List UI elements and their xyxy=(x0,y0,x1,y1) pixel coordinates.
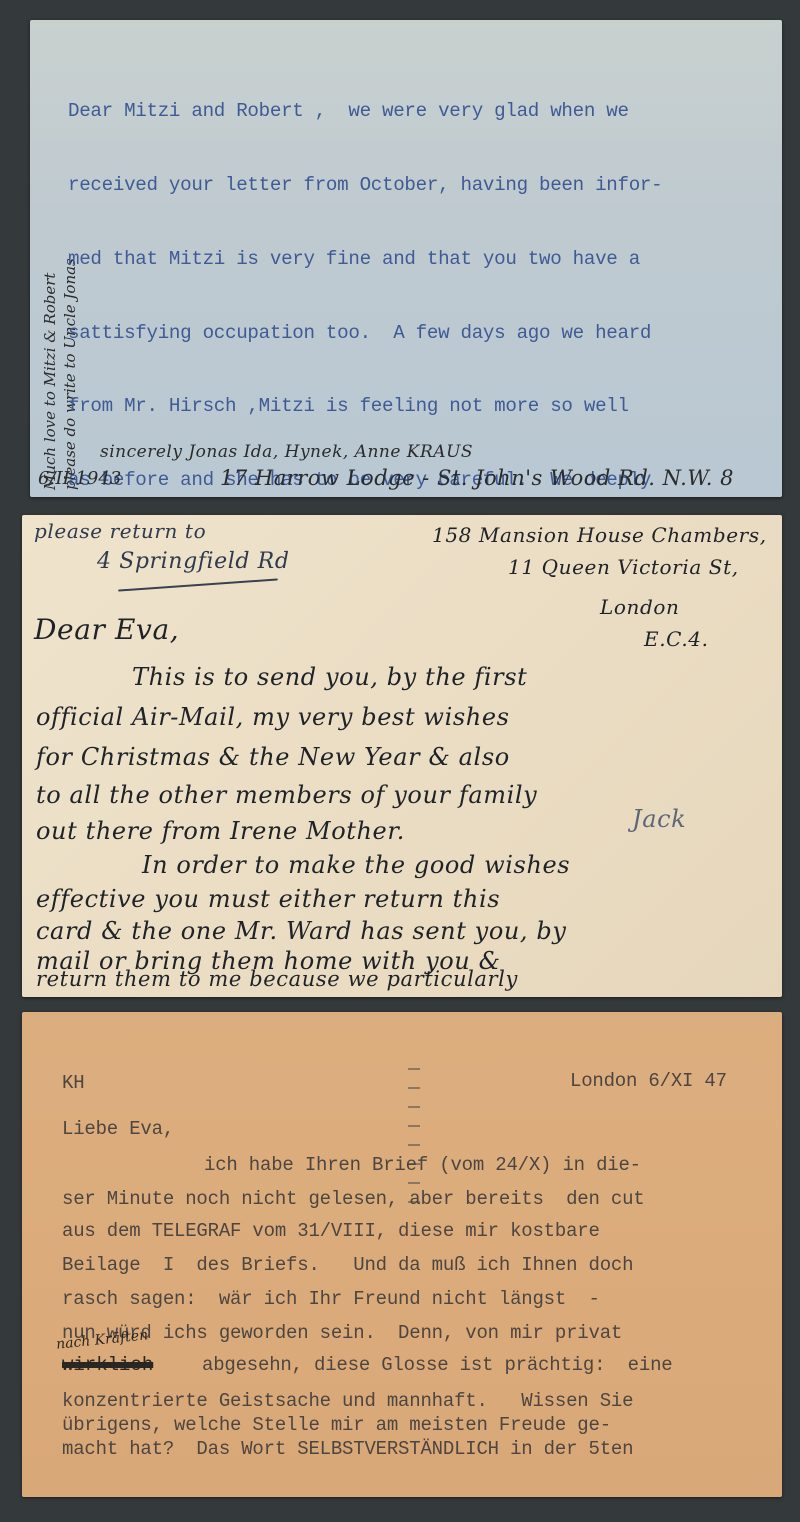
sender-address-line: E.C.4. xyxy=(644,627,709,651)
handwritten-line: In order to make the good wishes xyxy=(142,851,570,879)
typed-line: aus dem TELEGRAF vom 31/VIII, diese mir … xyxy=(62,1220,600,1242)
salutation: Liebe Eva, xyxy=(62,1118,174,1140)
sender-address-line: London xyxy=(600,595,680,619)
typed-line: rasch sagen: wär ich Ihr Freund nicht lä… xyxy=(62,1288,600,1310)
place-date: London 6/XI 47 xyxy=(570,1070,727,1092)
struck-out-word: wirklich xyxy=(62,1354,153,1376)
added-name: Jack xyxy=(632,805,686,833)
handwritten-line: out there from Irene Mother. xyxy=(36,817,405,845)
typed-line: received your letter from October, havin… xyxy=(68,173,782,198)
typed-line: konzentrierte Geistsache und mannhaft. W… xyxy=(62,1390,633,1412)
typed-line: macht hat? Das Wort SELBSTVERSTÄNDLICH i… xyxy=(62,1438,633,1460)
handwritten-address: 17 Harrow Lodge - St. John's Wood Rd. N.… xyxy=(220,466,734,490)
underline-stroke xyxy=(118,578,278,591)
sender-address-line: 11 Queen Victoria St, xyxy=(508,555,739,579)
typed-line: Beilage I des Briefs. Und da muß ich Ihn… xyxy=(62,1254,633,1276)
handwritten-line: for Christmas & the New Year & also xyxy=(36,743,510,771)
handwritten-line: This is to send you, by the first xyxy=(132,663,527,691)
typed-line: med that Mitzi is very fine and that you… xyxy=(68,247,782,272)
typed-line: sattisfying occupation too. A few days a… xyxy=(68,321,782,346)
return-note-line: please return to xyxy=(34,519,206,543)
typed-line: from Mr. Hirsch ,Mitzi is feeling not mo… xyxy=(68,394,782,419)
postcard-handwritten-christmas: please return to 4 Springfield Rd 158 Ma… xyxy=(22,515,782,997)
postcard-1947-german: KH London 6/XI 47 Liebe Eva, ich habe Ih… xyxy=(22,1012,782,1497)
handwritten-date: 6/II 1943 xyxy=(38,468,121,489)
typed-line: übrigens, welche Stelle mir am meisten F… xyxy=(62,1414,611,1436)
typed-line: ser Minute noch nicht gelesen, aber bere… xyxy=(62,1188,645,1210)
typed-line: Dear Mitzi and Robert , we were very gla… xyxy=(68,99,782,124)
return-note-line: 4 Springfield Rd xyxy=(97,549,290,574)
handwritten-signature: sincerely Jonas Ida, Hynek, Anne KRAUS xyxy=(100,442,473,462)
typed-line: abgesehn, diese Glosse ist prächtig: ein… xyxy=(202,1354,672,1376)
greeting: Dear Eva, xyxy=(34,613,179,646)
handwritten-line: official Air-Mail, my very best wishes xyxy=(36,703,510,731)
initials: KH xyxy=(62,1072,84,1094)
typed-line: ich habe Ihren Brief (vom 24/X) in die- xyxy=(204,1154,641,1176)
handwritten-line: to all the other members of your family xyxy=(36,781,537,809)
sender-address-line: 158 Mansion House Chambers, xyxy=(432,523,767,547)
typed-letter-body: Dear Mitzi and Robert , we were very gla… xyxy=(68,50,782,497)
handwritten-line: card & the one Mr. Ward has sent you, by xyxy=(36,917,567,945)
handwritten-line: effective you must either return this xyxy=(36,885,500,913)
postcard-1943-english: Much love to Mitzi & Robert please do wr… xyxy=(30,20,782,497)
